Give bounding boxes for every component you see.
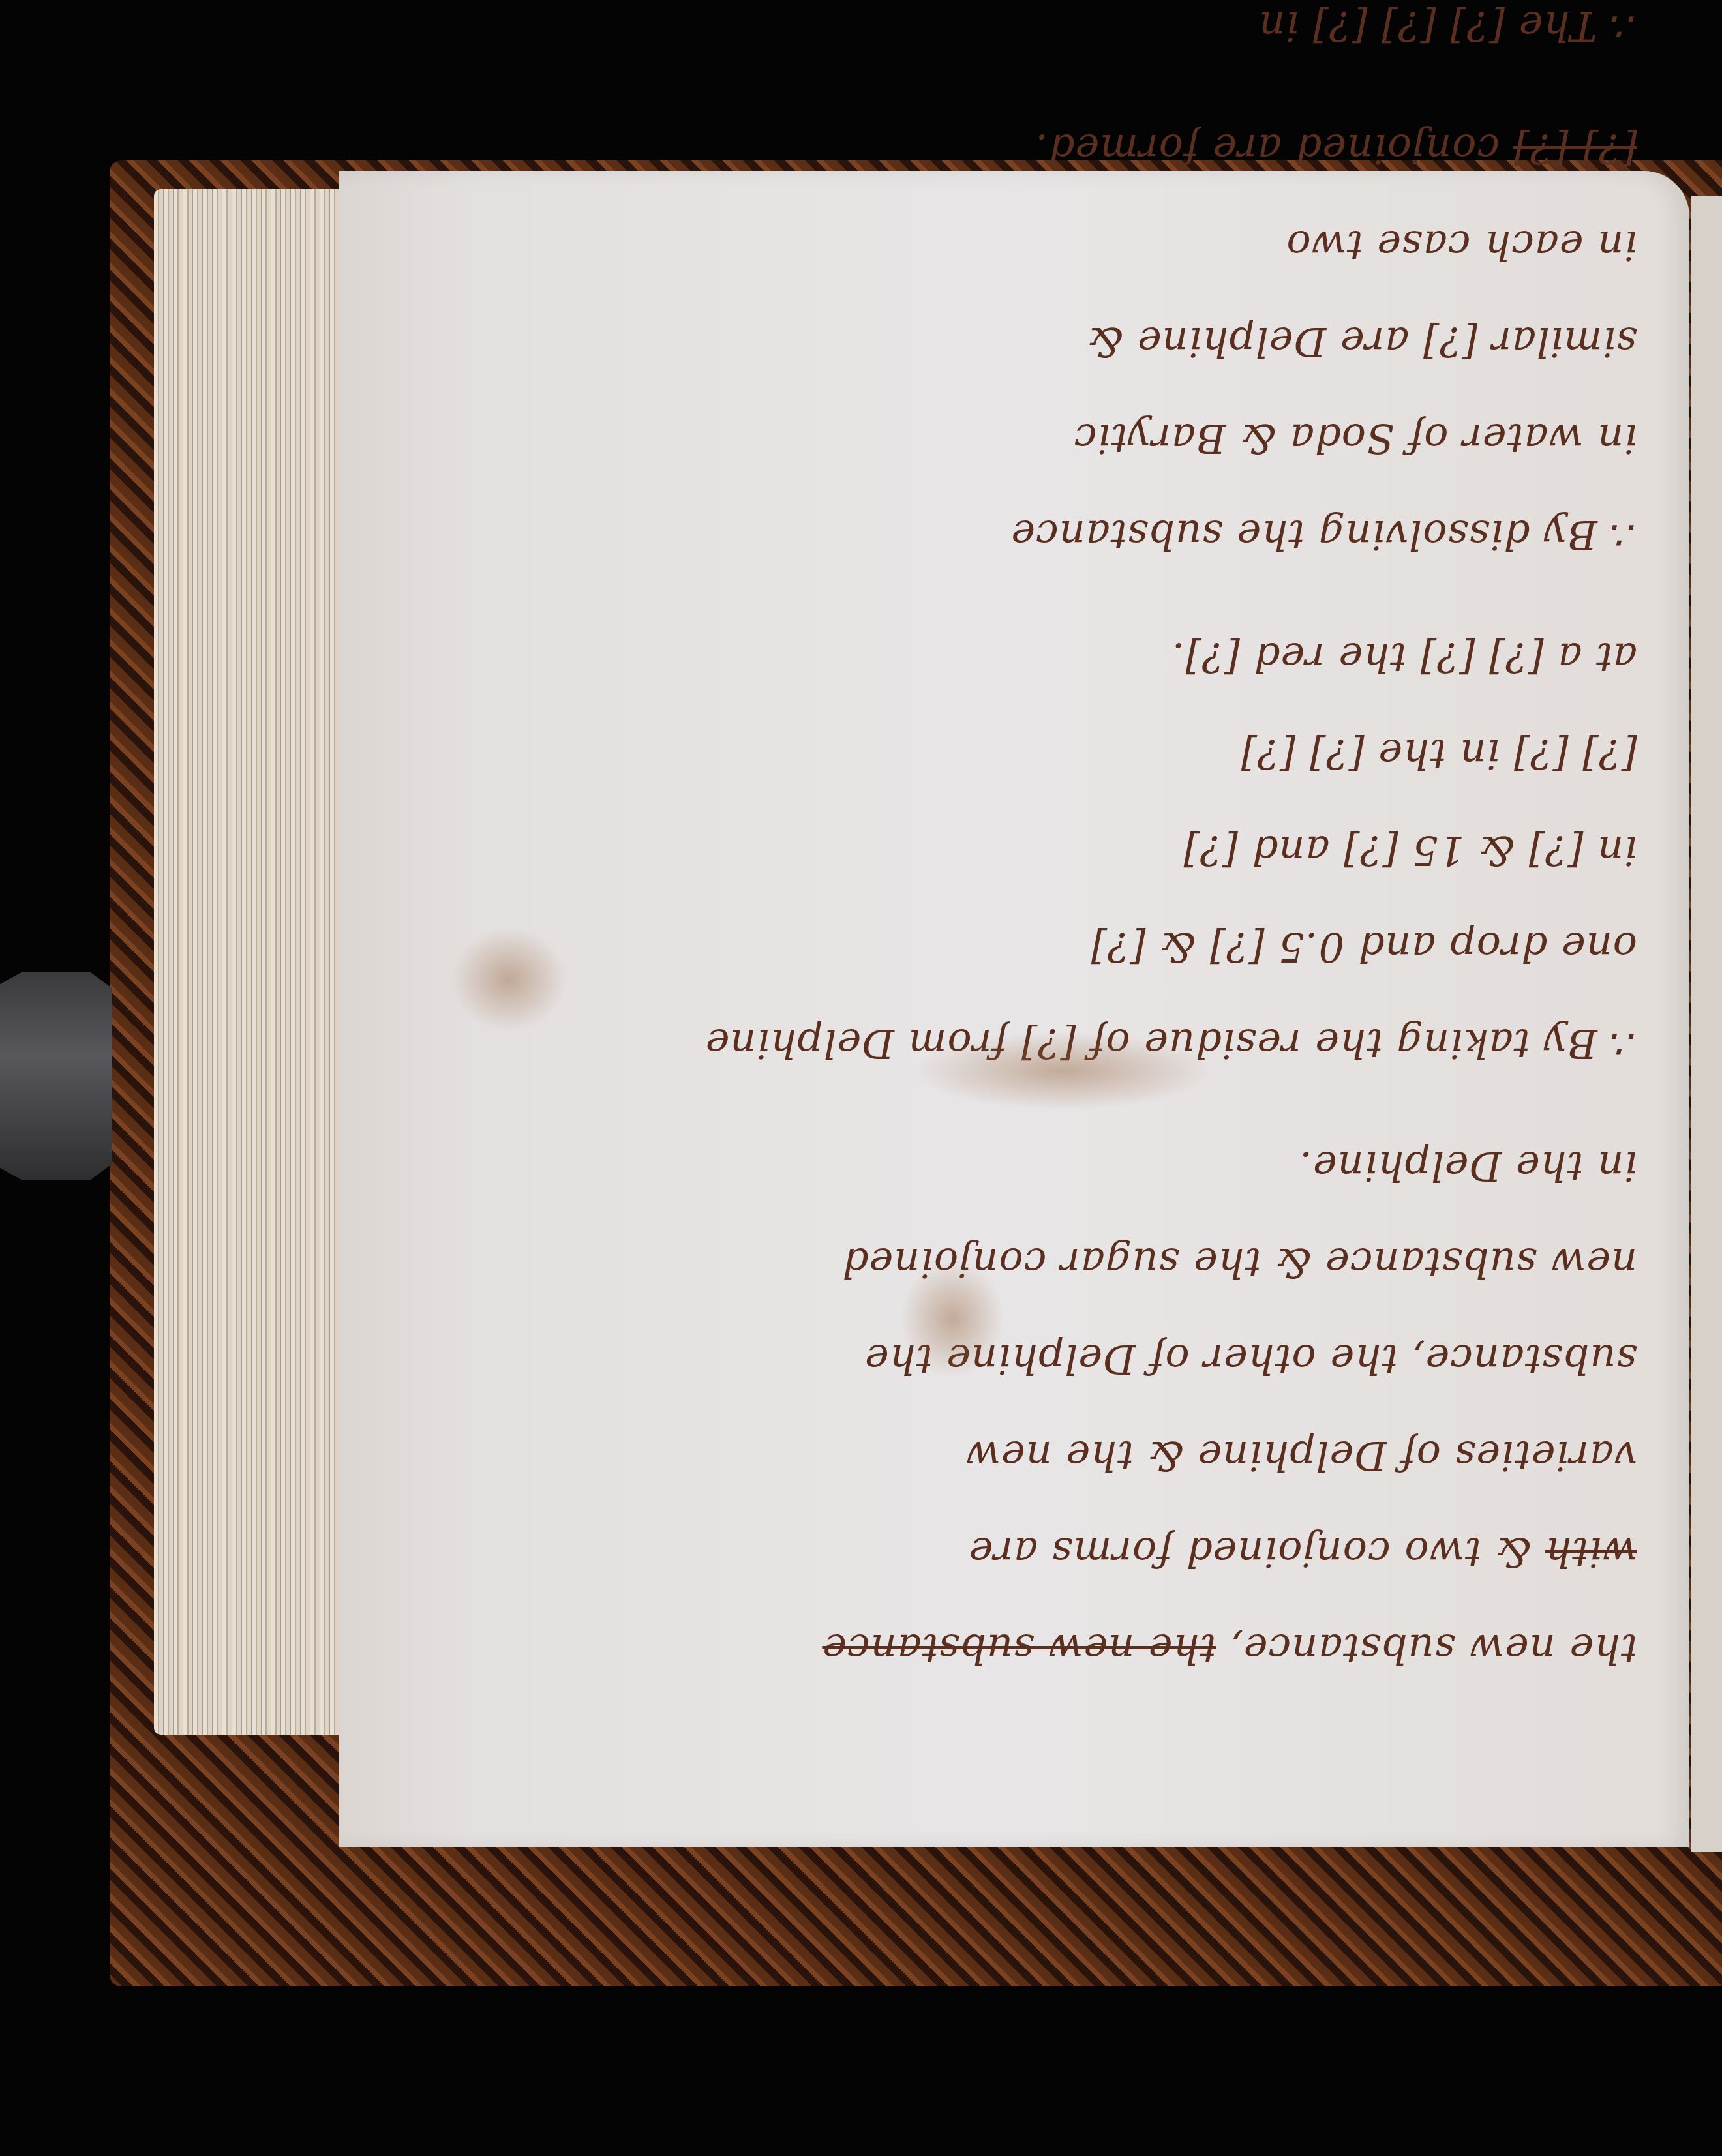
manuscript-line: varieties of Delphine & the new: [411, 1407, 1637, 1504]
facing-page-edge: [1691, 196, 1722, 1852]
manuscript-line: ∴ By dissolving the substance: [411, 487, 1637, 583]
manuscript-page: the new substance, the new substancewith…: [339, 171, 1689, 1847]
line-text: [?] [?] in the [?] [?]: [1241, 730, 1637, 778]
struck-text: [?] [?]: [1513, 125, 1637, 173]
manuscript-line: in water of Soda & Barytic: [411, 390, 1637, 487]
manuscript-line: substance, the other of Delphine the: [411, 1311, 1637, 1407]
line-text: one drop and 0.5 [?] & [?]: [1091, 923, 1637, 971]
ink-stain: [913, 1032, 1213, 1110]
manuscript-line: in [?] & 15 [?] and [?]: [411, 802, 1637, 899]
line-text: similar [?] are Delphine &: [1087, 318, 1637, 366]
manuscript-line: in each case two: [411, 197, 1637, 293]
manuscript-line: the new substance, the new substance: [411, 1600, 1637, 1697]
line-text: in the Delphine.: [1299, 1143, 1637, 1190]
line-text: at a [?] [?] the red [?].: [1171, 634, 1637, 681]
manuscript-line: with & two conjoined forms are: [411, 1504, 1637, 1600]
page-stack-edge: [154, 189, 347, 1735]
manuscript-line: ∴ The [?] [?] [?] in: [411, 0, 1637, 74]
ink-stain: [450, 927, 567, 1032]
manuscript-line: similar [?] are Delphine &: [411, 293, 1637, 390]
struck-text: with: [1545, 1529, 1637, 1576]
struck-text: the new substance: [822, 1625, 1216, 1673]
line-text: ∴ By dissolving the substance: [1010, 511, 1637, 559]
line-text: in each case two: [1286, 222, 1637, 269]
manuscript-line: one drop and 0.5 [?] & [?]: [411, 899, 1637, 995]
line-text: in water of Soda & Barytic: [1074, 415, 1637, 462]
line-text: in [?] & 15 [?] and [?]: [1183, 827, 1637, 875]
manuscript-line: [?] [?] conjoined are formed.: [411, 100, 1637, 197]
manuscript-line: at a [?] [?] the red [?].: [411, 609, 1637, 706]
manuscript-line: in the Delphine.: [411, 1118, 1637, 1214]
manuscript-line: [?] [?] in the [?] [?]: [411, 706, 1637, 802]
metal-clasp: [0, 972, 112, 1180]
line-text: varieties of Delphine & the new: [965, 1432, 1637, 1480]
manuscript-line: new substance & the sugar conjoined: [411, 1214, 1637, 1311]
ink-stain: [900, 1260, 1004, 1377]
line-text: ∴ The [?] [?] [?] in: [1258, 3, 1637, 50]
